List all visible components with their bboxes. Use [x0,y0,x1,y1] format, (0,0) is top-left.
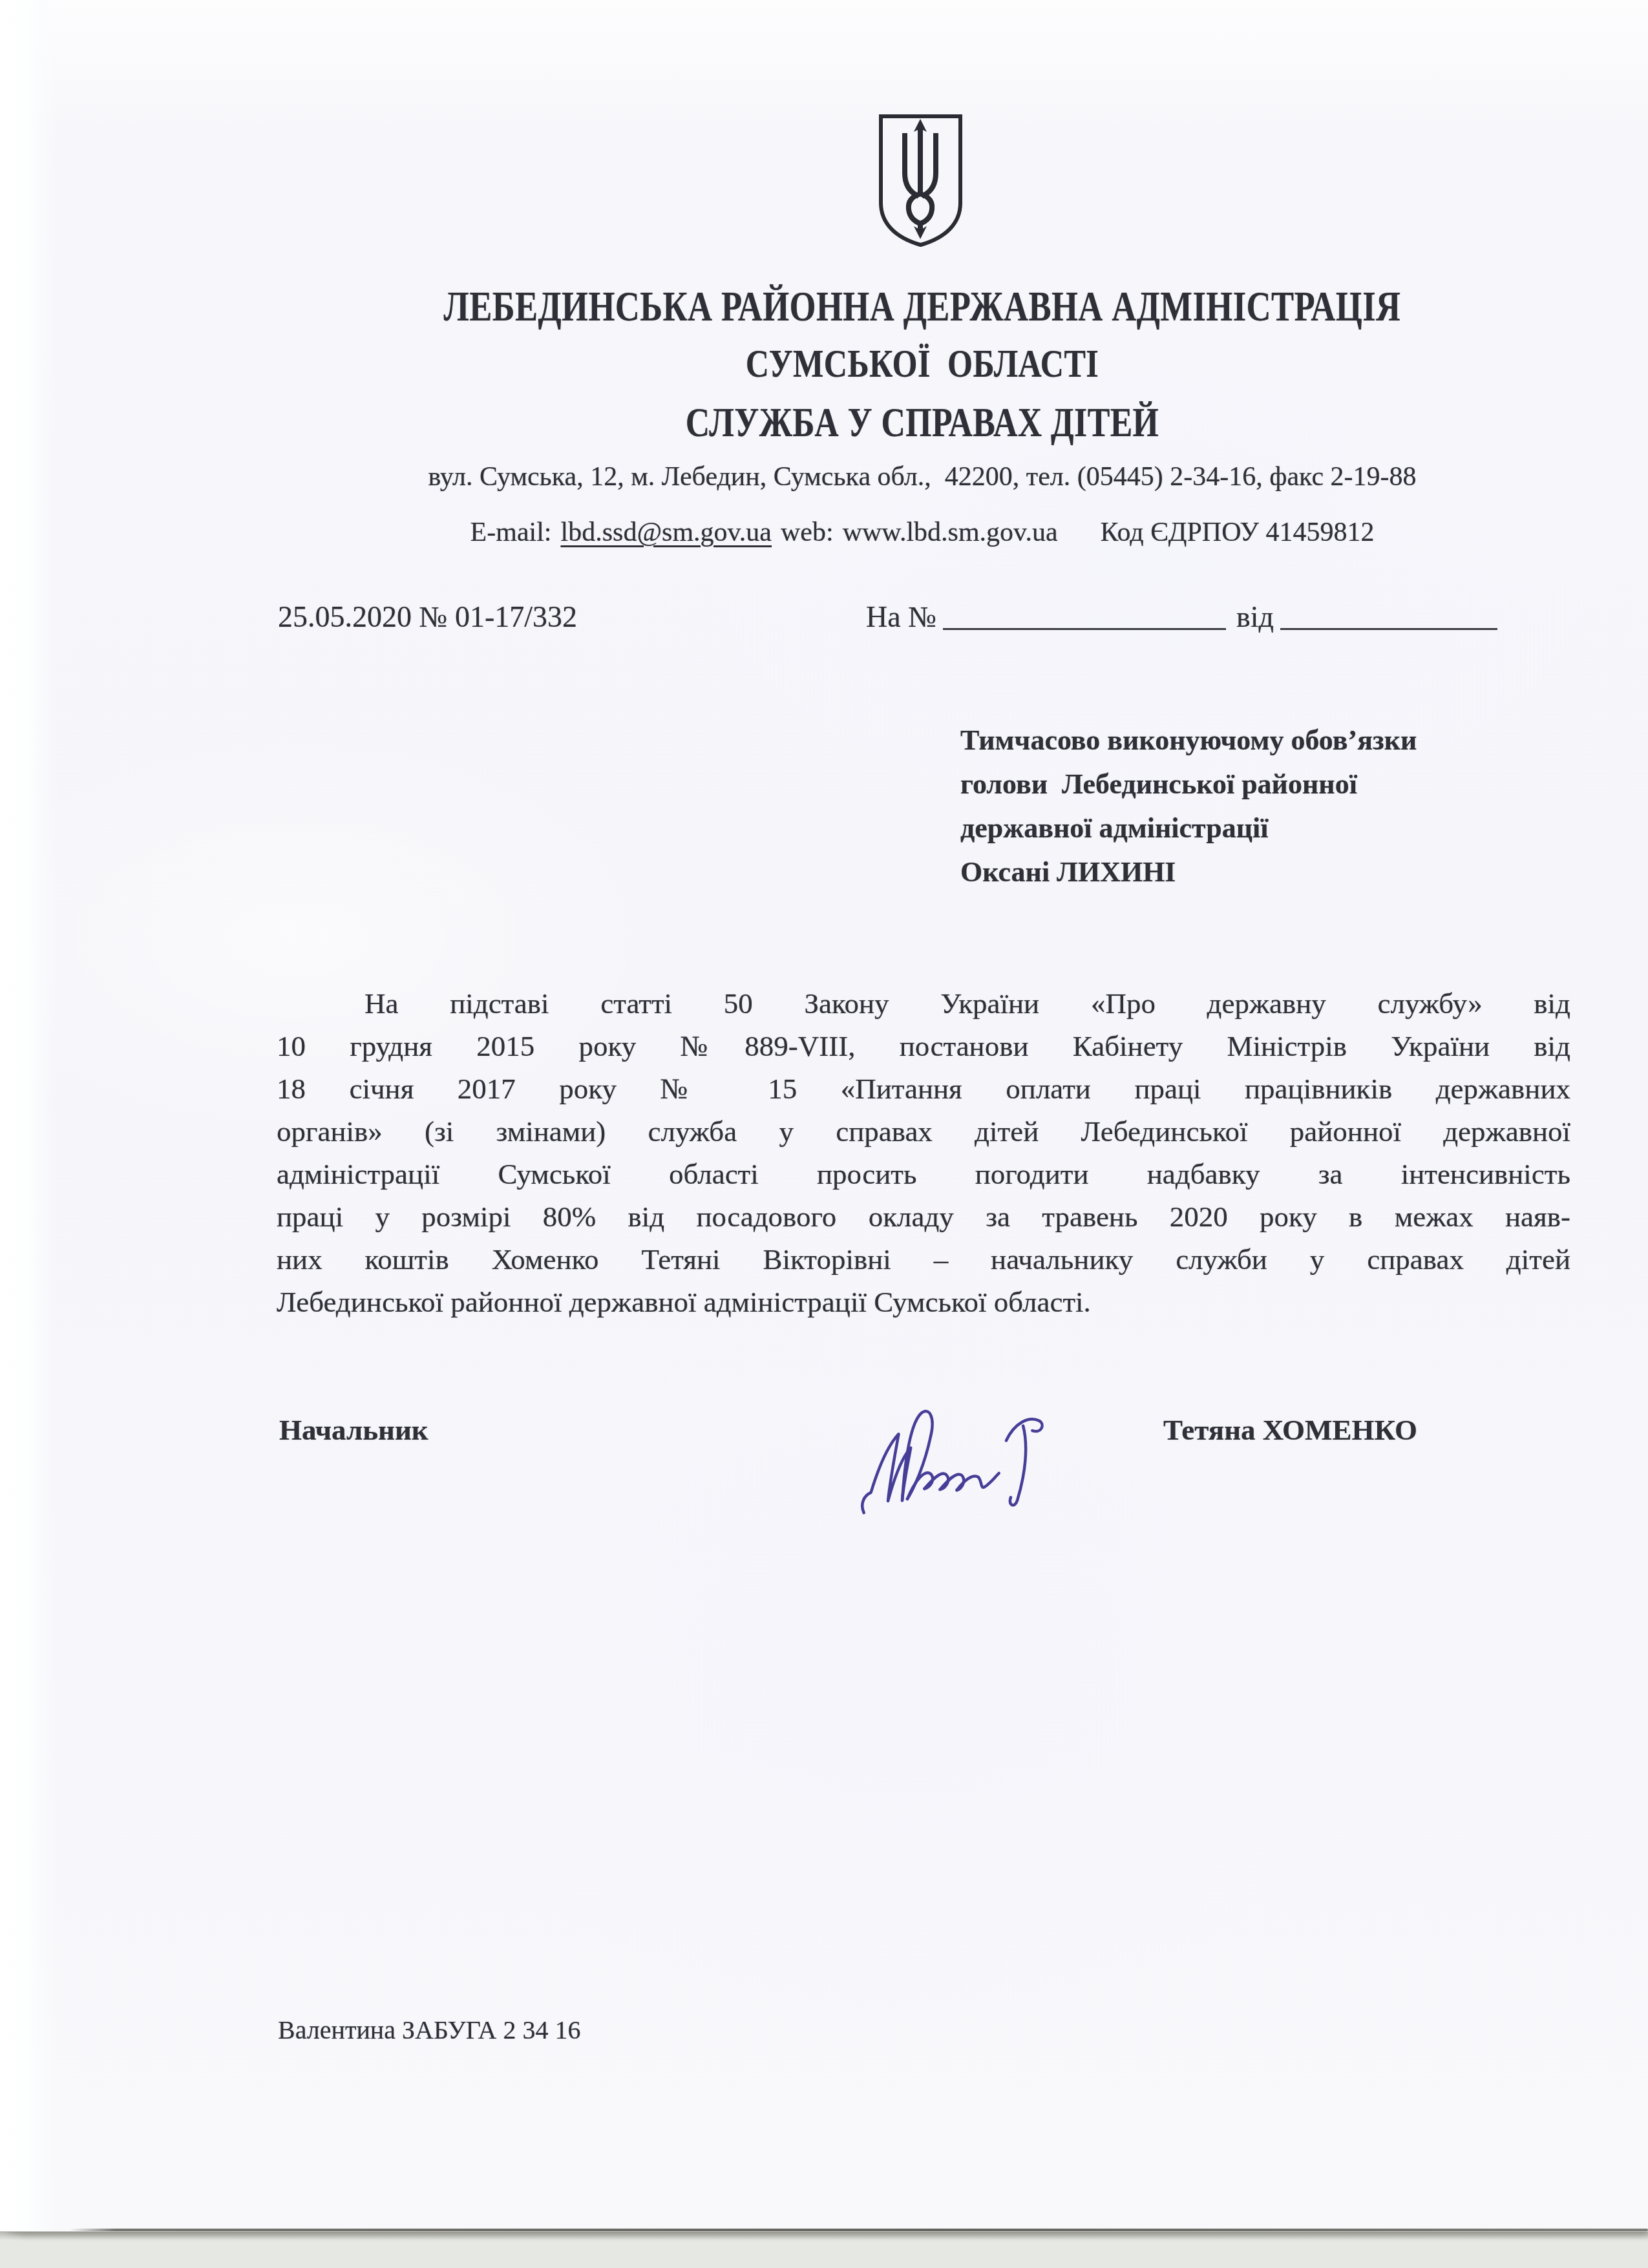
recipient-name: Оксані ЛИХИНІ [960,850,1581,894]
incoming-date-blank-line [1280,606,1497,630]
recipient-line: державної адміністрації [960,806,1581,850]
executor-contact: Валентина ЗАБУГА 2 34 16 [278,2015,580,2045]
incoming-date-label: від [1236,600,1274,633]
recipient-line: голови Лебединської районної [960,762,1581,806]
recipient-block: Тимчасово виконуючому обов’язки голови Л… [960,719,1581,894]
incoming-number-label: На № [866,600,936,633]
scanned-letter: ЛЕБЕДИНСЬКА РАЙОННА ДЕРЖАВНА АДМІНІСТРАЦ… [0,0,1648,2268]
org-name-line3: СЛУЖБА У СПРАВАХ ДІТЕЙ [396,401,1448,445]
body-line: органів» (зі змінами) служба у справах д… [277,1110,1570,1153]
body-line: На підставі статті 50 Закону України «Пр… [277,982,1570,1025]
body-line: них коштів Хоменко Тетяні Вікторівні – н… [277,1238,1570,1281]
org-address-line: вул. Сумська, 12, м. Лебедин, Сумська об… [273,461,1572,492]
web-label: web: [781,518,834,547]
letter-body: На підставі статті 50 Закону України «Пр… [277,982,1570,1323]
body-line: адміністрації Сумської області просить п… [277,1153,1570,1195]
body-line: Лебединської районної державної адмініст… [277,1281,1570,1323]
ukraine-trident-emblem-icon [878,114,964,248]
incoming-number-blank-line [943,606,1226,630]
handwritten-signature [855,1398,1066,1525]
org-name-line2: СУМСЬКОЇ ОБЛАСТІ [396,342,1448,386]
signer-position: Начальник [279,1413,428,1447]
edrpou-code: Код ЄДРПОУ 41459812 [1101,518,1375,547]
paper-bottom-shadow [0,2231,1648,2240]
signer-name: Тетяна ХОМЕНКО [1163,1413,1417,1447]
email-label: E-mail: [470,518,552,547]
body-line: 10 грудня 2015 року №889-VIII, постанови… [277,1025,1570,1067]
org-name-line1: ЛЕБЕДИНСЬКА РАЙОННА ДЕРЖАВНА АДМІНІСТРАЦ… [396,284,1448,330]
body-line: праці у розмірі 80% від посадового оклад… [277,1195,1570,1238]
letter-page: ЛЕБЕДИНСЬКА РАЙОННА ДЕРЖАВНА АДМІНІСТРАЦ… [0,0,1648,2232]
page-left-edge-shading [0,0,58,2232]
web-address: www.lbd.sm.gov.ua [843,518,1058,547]
body-line: 18 січня 2017 року № 15 «Питання оплати … [277,1067,1570,1110]
outgoing-reference: 25.05.2020 № 01-17/332 [278,600,577,634]
org-contact-line: E-mail:lbd.ssd@sm.gov.uaweb:www.lbd.sm.g… [273,517,1572,548]
incoming-reference: На №від [866,600,1497,634]
email-address: lbd.ssd@sm.gov.ua [561,518,772,547]
recipient-line: Тимчасово виконуючому обов’язки [960,719,1581,762]
